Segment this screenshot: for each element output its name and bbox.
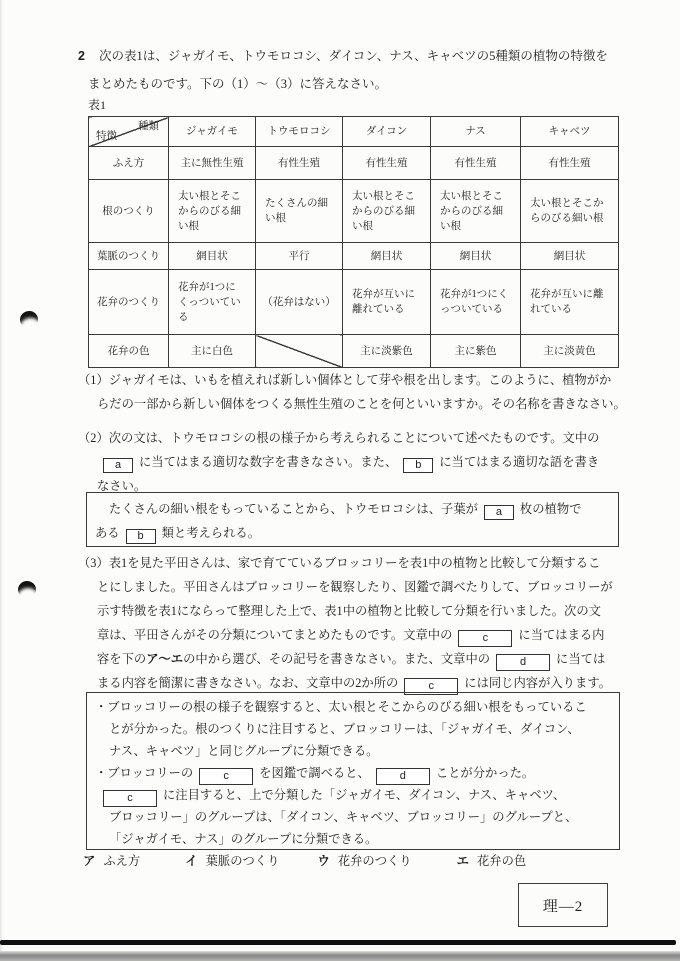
summary-line: 「ジャガイモ、ナス」のグループに分類できる。 xyxy=(87,828,619,850)
scan-bottom-edge-band xyxy=(0,951,680,961)
text-segment: たくさんの細い根をもっていることから、トウモロコシは、子葉が xyxy=(109,502,478,516)
choice-label: ウ xyxy=(317,854,329,868)
table-cell: 太い根とそこからのびる細い根 xyxy=(521,180,619,243)
blank-label: b xyxy=(415,453,421,477)
question-2: （2）次の文は、トウモロコシの根の様子から考えられることについて述べたものです。… xyxy=(78,426,643,498)
table-cell: 太い根とそこからのびる細い根 xyxy=(343,180,431,243)
question-line: （2）次の文は、トウモロコシの根の様子から考えられることについて述べたものです。… xyxy=(78,426,643,450)
page-number-label: 理—2 xyxy=(543,895,584,916)
table-cell: 網目状 xyxy=(343,243,431,270)
problem-intro: 2次の表1は、ジャガイモ、トウモロコシ、ダイコン、ナス、キャベツの5種類の植物の… xyxy=(78,42,638,98)
summary-line: とが分かった。根のつくりに注目すると、ブロッコリーは、「ジャガイモ、ダイコン、 xyxy=(87,718,619,740)
table-caption: 表1 xyxy=(88,96,106,113)
table-cell: 有性生殖 xyxy=(343,147,431,180)
choice-label: ア xyxy=(83,854,95,868)
text-segment: 類と考えられる。 xyxy=(162,526,260,540)
blank-box-c: c xyxy=(458,630,512,647)
blank-label: a xyxy=(496,500,502,524)
table-cell: 平行 xyxy=(256,243,343,270)
text-segment: に当てはまる適切な語を書き xyxy=(439,455,599,469)
intro-line: 2次の表1は、ジャガイモ、トウモロコシ、ダイコン、ナス、キャベツの5種類の植物の… xyxy=(78,42,638,70)
column-header: ナス xyxy=(431,117,521,147)
blank-box-a: a xyxy=(484,505,514,520)
text-segment: ことが分かった。 xyxy=(436,766,534,780)
scan-bottom-edge-line xyxy=(0,940,676,945)
table-cell: 主に淡紫色 xyxy=(343,335,431,368)
question-line: （3）表1を見た平田さんは、家で育てているブロッコリーを表1中の植物と比較して分… xyxy=(78,551,643,575)
question-3-summary-box: ・ブロッコリーの根の様子を観察すると、太い根とそこからのびる細い根をもっているこ… xyxy=(86,692,620,850)
table-cell: 花弁が1つにくっついている xyxy=(431,270,521,335)
corner-label-species: 種類 xyxy=(138,119,159,134)
table-cell: たくさんの細い根 xyxy=(256,180,343,243)
question-line: 示す特徴を表1にならって整理した上で、表1中の植物と比較して分類を行いました。次… xyxy=(97,599,643,623)
statement-line: あるb類と考えられる。 xyxy=(87,521,618,545)
binder-hole-mark xyxy=(17,580,37,599)
text-segment: に注目すると、上で分類した「ジャガイモ、ダイコン、ナス、キャベツ、 xyxy=(163,788,565,802)
plant-features-table: 種類 特徴 ジャガイモ トウモロコシ ダイコン ナス キャベツ ふえ方 主に無性… xyxy=(88,116,619,368)
summary-line: cに注目すると、上で分類した「ジャガイモ、ダイコン、ナス、キャベツ、 xyxy=(87,784,619,806)
table-cell: 花弁が互いに離れている xyxy=(343,270,431,335)
feature-label: 花弁の色 xyxy=(89,335,169,368)
table-cell-empty-diagonal xyxy=(256,335,343,368)
blank-box-c: c xyxy=(199,768,253,785)
table-cell: 主に白色 xyxy=(169,335,256,368)
text-segment: まる内容を簡潔に書きなさい。なお、文章中の2か所の xyxy=(97,676,398,690)
table-cell: 有性生殖 xyxy=(431,147,521,180)
table-cell: 網目状 xyxy=(521,243,619,270)
column-header: ダイコン xyxy=(343,117,431,147)
table-row: 根のつくり 太い根とそこからのびる細い根 たくさんの細い根 太い根とそこからのび… xyxy=(89,180,619,243)
table-row: 葉脈のつくり 網目状 平行 網目状 網目状 網目状 xyxy=(89,243,619,270)
question-line: とにしました。平田さんはブロッコリーを観察したり、図鑑で調べたりして、ブロッコリ… xyxy=(97,575,643,599)
feature-label: 根のつくり xyxy=(89,180,169,243)
column-header: キャベツ xyxy=(521,117,619,147)
summary-line: ナス、キャベツ」と同じグループに分類できる。 xyxy=(87,740,619,762)
text-segment: に当ては xyxy=(556,652,605,666)
question-line: らだの一部から新しい個体をつくる無性生殖のことを何といいますか。その名称を書きな… xyxy=(97,392,643,416)
choice-u: ウ花弁のつくり xyxy=(317,851,411,869)
feature-label: ふえ方 xyxy=(89,147,169,180)
text-segment: の中から選び、その記号を書きなさい。また、文章中の xyxy=(183,652,490,666)
question-2-statement-box: たくさんの細い根をもっていることから、トウモロコシは、子葉がa枚の植物で あるb… xyxy=(86,492,619,547)
statement-line: たくさんの細い根をもっていることから、トウモロコシは、子葉がa枚の植物で xyxy=(87,497,618,521)
table-cell: 花弁が1つにくっついている xyxy=(169,270,256,335)
blank-label: b xyxy=(138,524,144,548)
question-line: （1）ジャガイモは、いもを植えれば新しい個体として芽や根を出します。このように、… xyxy=(78,368,643,392)
table-cell: 花弁が互いに離れている xyxy=(521,270,619,335)
blank-box-d: d xyxy=(376,768,430,785)
table-cell: 太い根とそこからのびる細い根 xyxy=(169,180,256,243)
question-3: （3）表1を見た平田さんは、家で育てているブロッコリーを表1中の植物と比較して分… xyxy=(78,551,643,695)
choice-i: イ葉脈のつくり xyxy=(185,851,279,869)
text-segment: を図鑑で調べると、 xyxy=(259,766,370,780)
table-cell: 主に無性生殖 xyxy=(169,147,256,180)
blank-box-a: a xyxy=(103,458,133,473)
blank-box-b: b xyxy=(126,529,156,544)
text-segment: ある xyxy=(95,526,120,540)
text-segment: 次の表1は、ジャガイモ、トウモロコシ、ダイコン、ナス、キャベツの5種類の植物の特… xyxy=(99,49,608,63)
choice-label: エ xyxy=(457,854,469,868)
text-segment: 章は、平田さんがその分類についてまとめたものです。文章中の xyxy=(97,628,452,642)
table-row: 花弁のつくり 花弁が1つにくっついている （花弁はない） 花弁が互いに離れている… xyxy=(89,270,619,335)
question-1: （1）ジャガイモは、いもを植えれば新しい個体として芽や根を出します。このように、… xyxy=(78,368,643,416)
table-cell: 主に紫色 xyxy=(431,335,521,368)
table-row: 花弁の色 主に白色 主に淡紫色 主に紫色 主に淡黄色 xyxy=(89,335,619,368)
choice-text: ふえ方 xyxy=(103,854,140,868)
problem-number: 2 xyxy=(78,49,85,63)
choice-range-label: ア～エ xyxy=(146,652,183,666)
summary-line: ・ブロッコリーのcを図鑑で調べると、dことが分かった。 xyxy=(87,762,619,784)
text-segment: に当てはまる内 xyxy=(518,628,604,642)
table-cell: 網目状 xyxy=(169,243,256,270)
feature-label: 花弁のつくり xyxy=(89,270,169,335)
intro-line: まとめたものです。下の（1）～（3）に答えなさい。 xyxy=(88,70,638,98)
table-cell: 有性生殖 xyxy=(256,147,343,180)
blank-box-b: b xyxy=(403,458,433,473)
exam-page-scan: 2次の表1は、ジャガイモ、トウモロコシ、ダイコン、ナス、キャベツの5種類の植物の… xyxy=(0,0,680,961)
blank-box-d: d xyxy=(496,654,550,671)
table-corner-cell: 種類 特徴 xyxy=(89,117,169,147)
table-cell: 有性生殖 xyxy=(521,147,619,180)
table-cell: 網目状 xyxy=(431,243,521,270)
table-cell: （花弁はない） xyxy=(256,270,343,335)
text-segment: 枚の植物で xyxy=(520,502,582,516)
choice-text: 葉脈のつくり xyxy=(206,854,280,868)
table-cell: 太い根とそこからのびる細い根 xyxy=(431,180,521,243)
choice-text: 花弁の色 xyxy=(477,854,526,868)
blank-box-c: c xyxy=(103,790,157,807)
table-cell: 主に淡黄色 xyxy=(521,335,619,368)
summary-line: ブロッコリー」のグループは、「ダイコン、キャベツ、ブロッコリー」のグループと、 xyxy=(87,806,619,828)
choice-a: アふえ方 xyxy=(83,851,140,869)
question-line: aに当てはまる適切な数字を書きなさい。また、bに当てはまる適切な語を書き xyxy=(97,450,643,474)
binder-hole-mark xyxy=(19,310,40,330)
answer-choices: アふえ方 イ葉脈のつくり ウ花弁のつくり エ花弁の色 xyxy=(83,851,526,869)
choice-label: イ xyxy=(185,854,197,868)
feature-label: 葉脈のつくり xyxy=(89,243,169,270)
summary-line: ・ブロッコリーの根の様子を観察すると、太い根とそこからのびる細い根をもっているこ xyxy=(87,696,619,718)
text-segment: 容を下の xyxy=(97,652,146,666)
column-header: トウモロコシ xyxy=(256,117,343,147)
text-segment: に当てはまる適切な数字を書きなさい。また、 xyxy=(139,455,397,469)
question-line: 容を下のア～エの中から選び、その記号を書きなさい。また、文章中のdに当ては xyxy=(97,647,643,671)
column-header: ジャガイモ xyxy=(169,117,256,147)
choice-text: 花弁のつくり xyxy=(338,854,412,868)
choice-e: エ花弁の色 xyxy=(457,851,527,869)
corner-label-feature: 特徴 xyxy=(96,129,117,144)
text-segment: には同じ内容が入ります。 xyxy=(464,676,611,690)
text-segment: ・ブロッコリーの xyxy=(95,766,193,780)
page-number-box: 理—2 xyxy=(518,883,608,927)
question-line: 章は、平田さんがその分類についてまとめたものです。文章中のcに当てはまる内 xyxy=(97,623,643,647)
table-row: ふえ方 主に無性生殖 有性生殖 有性生殖 有性生殖 有性生殖 xyxy=(89,147,619,180)
scan-left-edge-shadow xyxy=(0,0,3,961)
